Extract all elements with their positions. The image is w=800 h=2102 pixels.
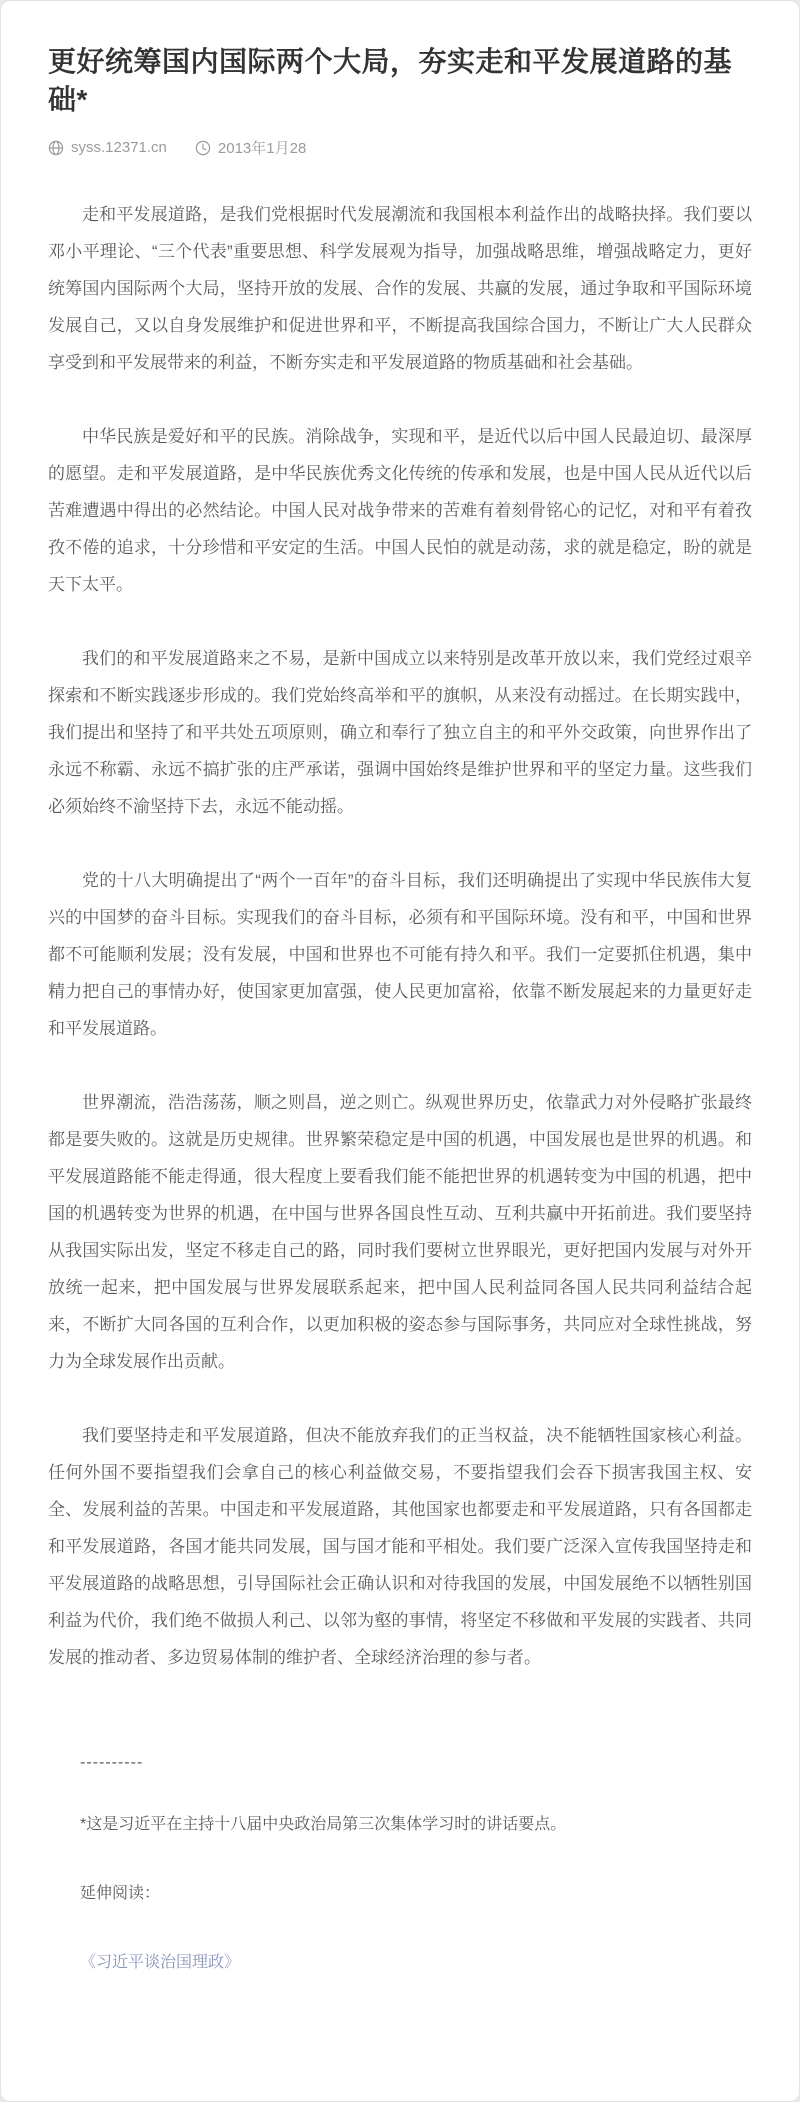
paragraph: 我们要坚持走和平发展道路，但决不能放弃我们的正当权益，决不能牺牲国家核心利益。任… xyxy=(48,1417,752,1676)
meta-source: syss.12371.cn xyxy=(48,139,167,156)
globe-icon xyxy=(48,140,64,156)
article-meta: syss.12371.cn 2013年1月28 xyxy=(48,137,752,158)
paragraph: 我们的和平发展道路来之不易，是新中国成立以来特别是改革开放以来，我们党经过艰辛探… xyxy=(48,640,752,825)
article-body: 走和平发展道路，是我们党根据时代发展潮流和我国根本利益作出的战略抉择。我们要以邓… xyxy=(48,196,752,1676)
paragraph: 世界潮流，浩浩荡荡，顺之则昌，逆之则亡。纵观世界历史，依靠武力对外侵略扩张最终都… xyxy=(48,1084,752,1380)
meta-date-text: 2013年1月28 xyxy=(218,137,306,158)
related-reading-label: 延伸阅读： xyxy=(48,1880,752,1903)
meta-date: 2013年1月28 xyxy=(195,137,306,158)
meta-source-text: syss.12371.cn xyxy=(71,139,167,156)
footnote-text: *这是习近平在主持十八届中央政治局第三次集体学习时的讲话要点。 xyxy=(48,1812,752,1838)
paragraph: 党的十八大明确提出了“两个一百年”的奋斗目标，我们还明确提出了实现中华民族伟大复… xyxy=(48,862,752,1047)
clock-icon xyxy=(195,140,211,156)
article-page: 更好统筹国内国际两个大局，夯实走和平发展道路的基础* syss.12371.cn… xyxy=(0,0,800,2102)
paragraph: 走和平发展道路，是我们党根据时代发展潮流和我国根本利益作出的战略抉择。我们要以邓… xyxy=(48,196,752,381)
related-link-row: 《习近平谈治国理政》 xyxy=(48,1949,752,1972)
page-title: 更好统筹国内国际两个大局，夯实走和平发展道路的基础* xyxy=(48,43,752,119)
footnote-separator: ---------- xyxy=(48,1754,752,1772)
paragraph: 中华民族是爱好和平的民族。消除战争，实现和平，是近代以后中国人民最迫切、最深厚的… xyxy=(48,418,752,603)
related-book-link[interactable]: 《习近平谈治国理政》 xyxy=(80,1954,240,1971)
